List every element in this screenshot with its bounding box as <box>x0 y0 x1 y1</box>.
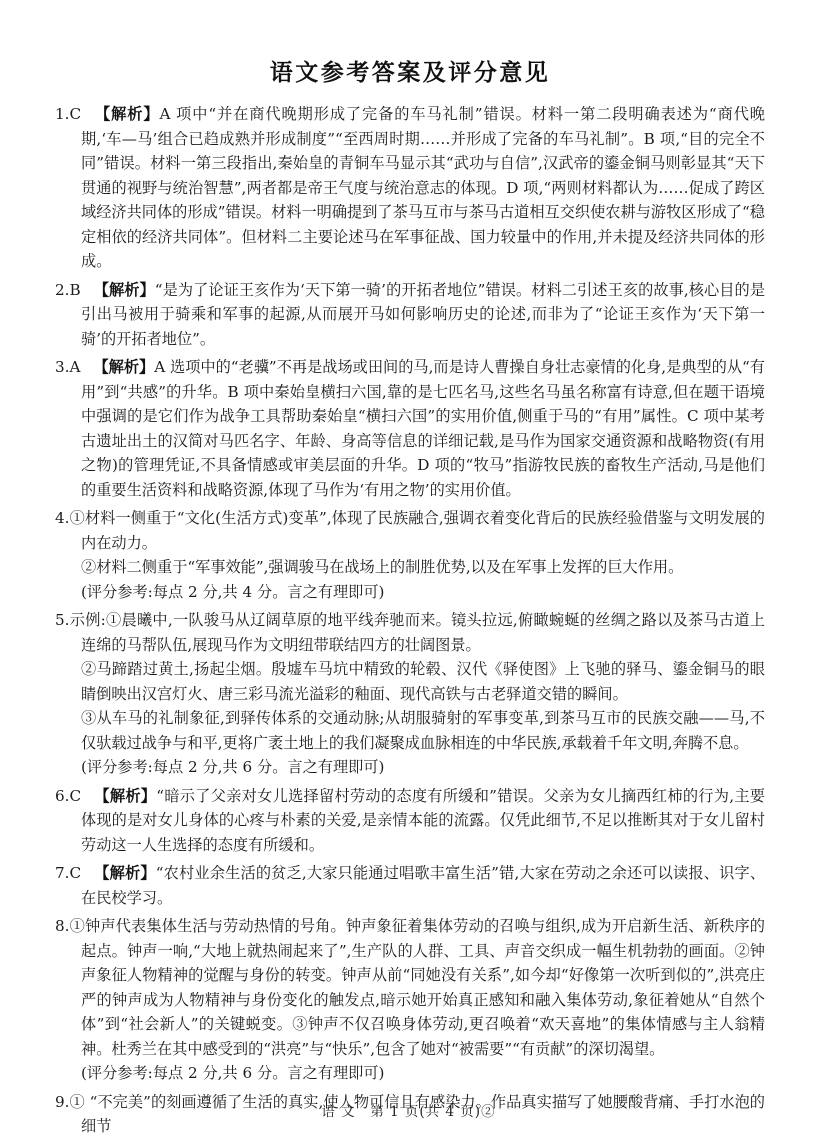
item-6-number: 6.C <box>55 787 81 805</box>
item-1-paragraph-1: 1.C【解析】A 项中“并在商代晚期形成了完备的车马礼制”错误。材料一第二段明确… <box>81 102 765 274</box>
page-title: 语文参考答案及评分意见 <box>55 54 765 87</box>
item-5-number: 5. <box>55 611 70 629</box>
answer-item-5: 5.示例:①晨曦中,一队骏马从辽阔草原的地平线奔驰而来。镜头拉远,俯瞰蜿蜒的丝绸… <box>55 608 765 780</box>
item-7-paragraph-1: 7.C【解析】“农村业余生活的贫乏,大家只能通过唱歌丰富生活”错,大家在劳动之余… <box>81 861 765 910</box>
item-1-number: 1.C <box>55 105 81 123</box>
item-2-text: “是为了论证王亥作为‘天下第一骑’的开拓者地位”错误。材料二引述王亥的故事,核心… <box>81 281 765 348</box>
item-7-number: 7.C <box>55 864 81 882</box>
item-4-point-1: ①材料一侧重于“文化(生活方式)变革”,体现了民族融合,强调衣着变化背后的民族经… <box>70 509 766 552</box>
item-5-paragraph-1: 5.示例:①晨曦中,一队骏马从辽阔草原的地平线奔驰而来。镜头拉远,俯瞰蜿蜒的丝绸… <box>81 608 765 657</box>
item-4-scoring-note: (评分参考:每点 2 分,共 4 分。言之有理即可) <box>81 580 765 605</box>
item-4-paragraph-1: 4.①材料一侧重于“文化(生活方式)变革”,体现了民族融合,强调衣着变化背后的民… <box>81 506 765 555</box>
item-3-number: 3.A <box>55 358 80 376</box>
item-5-scoring-note: (评分参考:每点 2 分,共 6 分。言之有理即可) <box>81 755 765 780</box>
analysis-label: 【解析】 <box>94 105 159 123</box>
answer-item-6: 6.C【解析】“暗示了父亲对女儿选择留村劳动的态度有所缓和”错误。父亲为女儿摘西… <box>55 784 765 858</box>
answer-item-3: 3.A【解析】A 选项中的“老骥”不再是战场或田间的马,而是诗人曹操自身壮志豪情… <box>55 355 765 502</box>
analysis-label: 【解析】 <box>94 281 155 299</box>
page-footer: 语 文 第 1 页(共 4 页)② <box>0 1100 817 1120</box>
analysis-label: 【解析】 <box>93 358 154 376</box>
item-5-point-1: 示例:①晨曦中,一队骏马从辽阔草原的地平线奔驰而来。镜头拉远,俯瞰蜿蜒的丝绸之路… <box>70 611 766 654</box>
answer-item-4: 4.①材料一侧重于“文化(生活方式)变革”,体现了民族融合,强调衣着变化背后的民… <box>55 506 765 604</box>
item-8-scoring-note: (评分参考:每点 2 分,共 6 分。言之有理即可) <box>81 1061 765 1086</box>
answer-item-1: 1.C【解析】A 项中“并在商代晚期形成了完备的车马礼制”错误。材料一第二段明确… <box>55 102 765 274</box>
item-3-text: A 选项中的“老骥”不再是战场或田间的马,而是诗人曹操自身壮志豪情的化身,是典型… <box>81 358 765 499</box>
answer-item-7: 7.C【解析】“农村业余生活的贫乏,大家只能通过唱歌丰富生活”错,大家在劳动之余… <box>55 861 765 910</box>
item-5-point-2: ②马蹄踏过黄土,扬起尘烟。殷墟车马坑中精致的轮毂、汉代《驿使图》上飞驰的驿马、鎏… <box>81 657 765 706</box>
item-5-point-3: ③从车马的礼制象征,到驿传体系的交通动脉;从胡服骑射的军事变革,到茶马互市的民族… <box>81 706 765 755</box>
analysis-label: 【解析】 <box>94 864 156 882</box>
answer-item-2: 2.B【解析】“是为了论证王亥作为‘天下第一骑’的开拓者地位”错误。材料二引述王… <box>55 278 765 352</box>
document-page: 语文参考答案及评分意见 1.C【解析】A 项中“并在商代晚期形成了完备的车马礼制… <box>0 0 817 1146</box>
answer-item-8: 8.①钟声代表集体生活与劳动热情的号角。钟声象征着集体劳动的召唤与组织,成为开启… <box>55 914 765 1086</box>
item-1-text: A 项中“并在商代晚期形成了完备的车马礼制”错误。材料一第二段明确表述为“商代晚… <box>81 105 765 270</box>
item-2-number: 2.B <box>55 281 81 299</box>
item-6-paragraph-1: 6.C【解析】“暗示了父亲对女儿选择留村劳动的态度有所缓和”错误。父亲为女儿摘西… <box>81 784 765 858</box>
item-2-paragraph-1: 2.B【解析】“是为了论证王亥作为‘天下第一骑’的开拓者地位”错误。材料二引述王… <box>81 278 765 352</box>
item-6-text: “暗示了父亲对女儿选择留村劳动的态度有所缓和”错误。父亲为女儿摘西红柿的行为,主… <box>81 787 765 854</box>
answer-content: 1.C【解析】A 项中“并在商代晚期形成了完备的车马礼制”错误。材料一第二段明确… <box>55 102 765 1139</box>
item-8-number: 8. <box>55 917 70 935</box>
item-4-number: 4. <box>55 509 70 527</box>
item-3-paragraph-1: 3.A【解析】A 选项中的“老骥”不再是战场或田间的马,而是诗人曹操自身壮志豪情… <box>81 355 765 502</box>
item-7-text: “农村业余生活的贫乏,大家只能通过唱歌丰富生活”错,大家在劳动之余还可以读报、识… <box>81 864 765 907</box>
analysis-label: 【解析】 <box>94 787 156 805</box>
item-8-paragraph-1: 8.①钟声代表集体生活与劳动热情的号角。钟声象征着集体劳动的召唤与组织,成为开启… <box>81 914 765 1061</box>
item-4-point-2: ②材料二侧重于“军事效能”,强调骏马在战场上的制胜优势,以及在军事上发挥的巨大作… <box>81 555 765 580</box>
item-8-points: ①钟声代表集体生活与劳动热情的号角。钟声象征着集体劳动的召唤与组织,成为开启新生… <box>70 917 766 1058</box>
